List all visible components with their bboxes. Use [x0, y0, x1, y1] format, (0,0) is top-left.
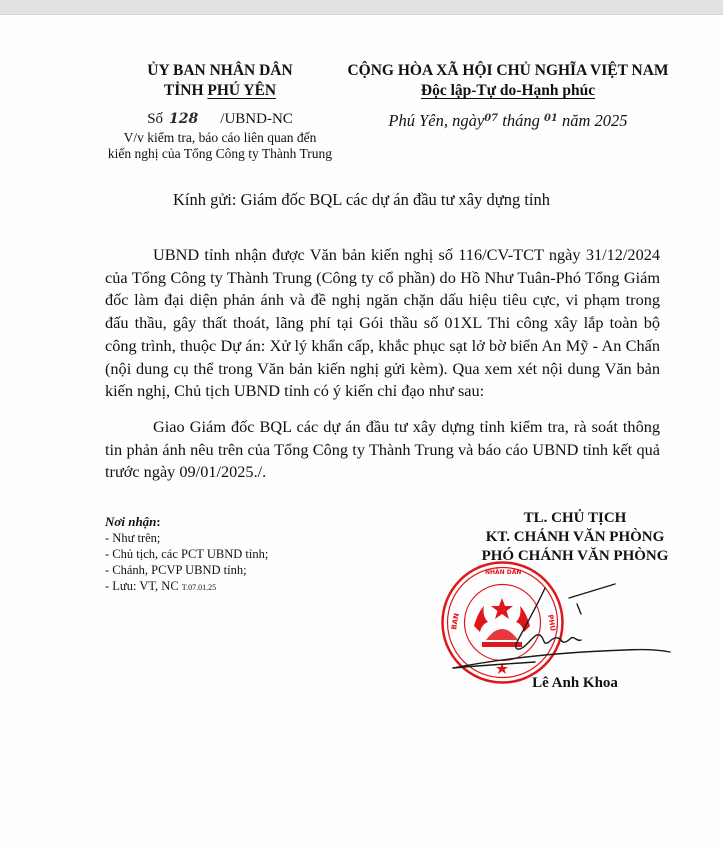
doc-no-suffix: /UBND-NC: [220, 111, 293, 127]
signer-name: Lê Anh Khoa: [450, 675, 700, 692]
doc-no-handwritten: 128: [169, 111, 198, 127]
recipient-item: - Như trên;: [105, 530, 268, 546]
handwritten-signature: [445, 580, 685, 675]
date-line: Phú Yên, ngày07 tháng 01 năm 2025: [338, 111, 678, 131]
recipients-title: Nơi nhận: [105, 514, 156, 529]
recipient-item: - Lưu: VT, NC T.07.01.25: [105, 578, 268, 596]
archive-code: T.07.01.25: [182, 583, 216, 592]
paragraph-2-text: Giao Giám đốc BQL các dự án đầu tư xây d…: [105, 416, 660, 484]
signature-title-2: KT. CHÁNH VĂN PHÒNG: [450, 529, 700, 546]
recipient-item: - Chánh, PCVP UBND tỉnh;: [105, 562, 268, 578]
motto-text: Độc lập-Tự do-Hạnh phúc: [421, 82, 595, 99]
date-month-label: tháng: [502, 111, 540, 130]
paragraph-1-text: UBND tỉnh nhận được Văn bản kiến nghị số…: [105, 244, 660, 403]
recipient-item: - Chủ tịch, các PCT UBND tỉnh;: [105, 546, 268, 562]
nation-title: CỘNG HÒA XÃ HỘI CHỦ NGHĨA VIỆT NAM: [338, 62, 678, 80]
recipients-block: Nơi nhận: - Như trên; - Chủ tịch, các PC…: [105, 514, 268, 596]
national-motto: Độc lập-Tự do-Hạnh phúc: [338, 82, 678, 100]
document-number: Số128/UBND-NC: [90, 111, 350, 128]
issuing-org-line1: ỦY BAN NHÂN DÂN: [90, 62, 350, 80]
doc-no-prefix: Số: [147, 111, 163, 127]
top-bar: [0, 0, 723, 15]
date-place: Phú Yên, ngày: [388, 111, 484, 130]
date-year: năm 2025: [562, 111, 628, 130]
svg-text:NHÂN DÂN: NHÂN DÂN: [485, 569, 521, 576]
salutation: Kính gửi: Giám đốc BQL các dự án đầu tư …: [0, 190, 723, 210]
body-paragraph-2: Giao Giám đốc BQL các dự án đầu tư xây d…: [105, 416, 660, 484]
signature-title-3: PHÓ CHÁNH VĂN PHÒNG: [450, 548, 700, 565]
date-month: 01: [544, 113, 558, 124]
issuing-org-line2: TỈNH PHÚ YÊN: [90, 82, 350, 100]
date-day: 07: [484, 113, 498, 124]
signature-title-1: TL. CHỦ TỊCH: [450, 510, 700, 527]
body-paragraph-1: UBND tỉnh nhận được Văn bản kiến nghị số…: [105, 244, 660, 403]
subject-line1: V/v kiểm tra, báo cáo liên quan đến: [90, 130, 350, 146]
org-line2-underlined: PHÚ YÊN: [207, 82, 276, 99]
subject-line2: kiến nghị của Tổng Công ty Thành Trung: [90, 146, 350, 162]
org-line2-prefix: TỈNH: [164, 82, 208, 99]
